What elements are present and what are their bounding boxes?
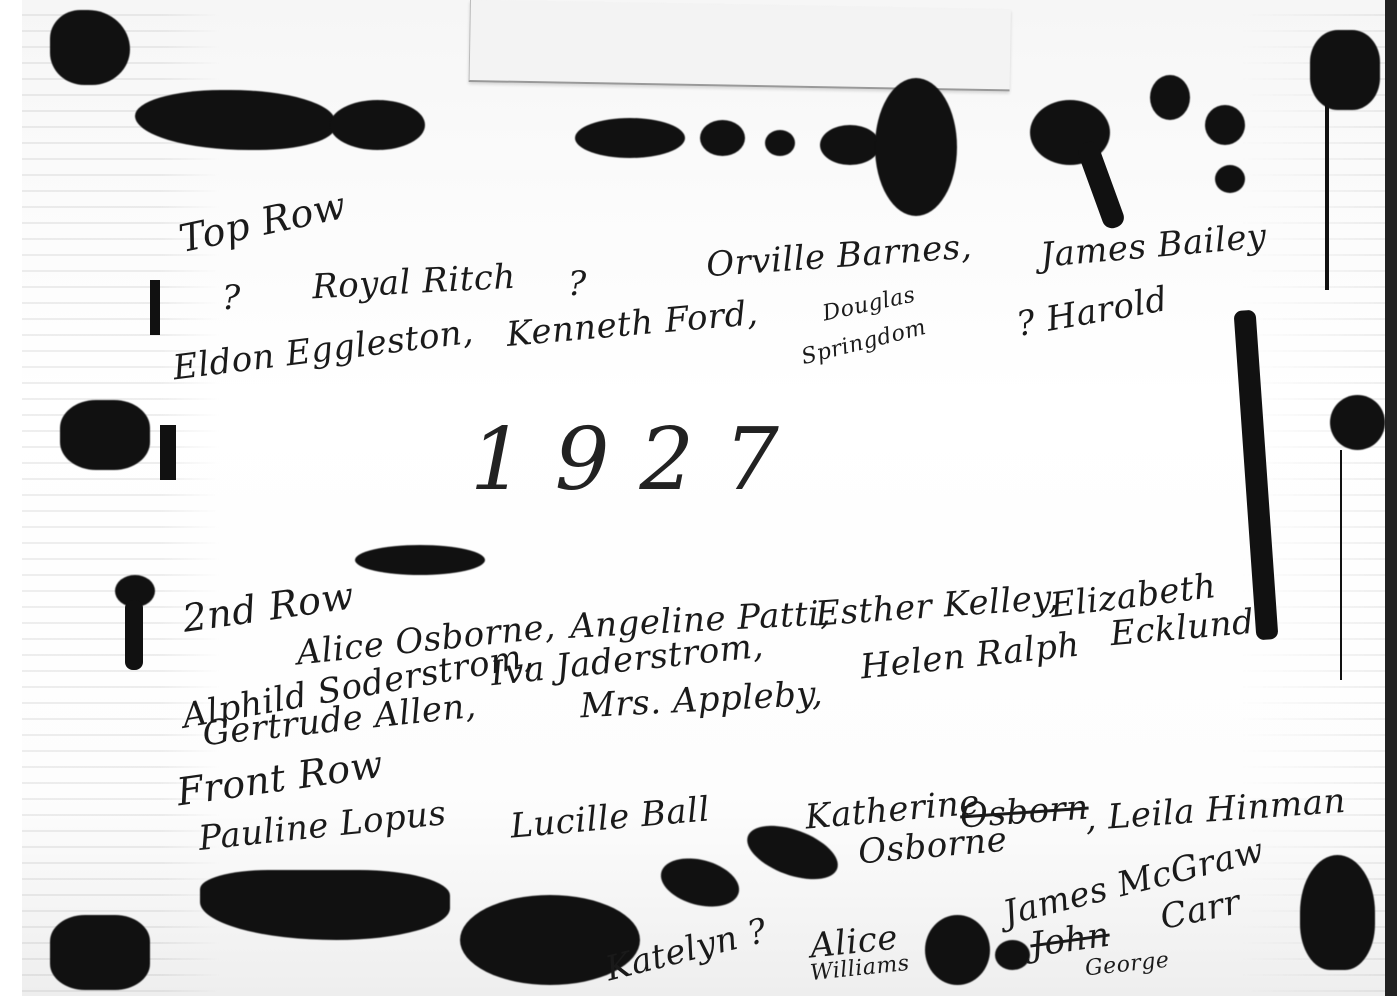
unknown-mark: ? <box>222 278 241 318</box>
name-helen-ralph: Helen Ralph <box>859 625 1082 688</box>
year: 1927 <box>470 410 809 510</box>
name-mrs-appleby: Mrs. Appleby, <box>579 674 824 727</box>
page-edge-left <box>0 0 22 996</box>
name-kenneth-ford: Kenneth Ford, <box>505 293 760 355</box>
scanned-note: Top Row ? Royal Ritch ? Orville Barnes, … <box>0 0 1397 996</box>
name-james-bailey: James Bailey <box>1039 216 1268 276</box>
name-eldon-eggleston: Eldon Eggleston, <box>171 312 476 389</box>
tape-strip <box>469 0 1011 91</box>
name-springdom: Springdom <box>799 315 929 370</box>
name-royal-ritch: Royal Ritch <box>311 257 517 308</box>
name-leila-hinman: , Leila Hinman <box>1084 781 1347 839</box>
name-lucille-ball: Lucille Ball <box>509 789 712 846</box>
page-edge-right <box>1385 0 1397 996</box>
name-harold: ? Harold <box>1014 279 1171 345</box>
top-row-label: Top Row <box>175 183 350 261</box>
unknown-mark: ? <box>568 264 587 304</box>
name-esther-kelley: Esther Kelley, <box>814 578 1060 635</box>
name-orville-barnes: Orville Barnes, <box>705 227 973 285</box>
